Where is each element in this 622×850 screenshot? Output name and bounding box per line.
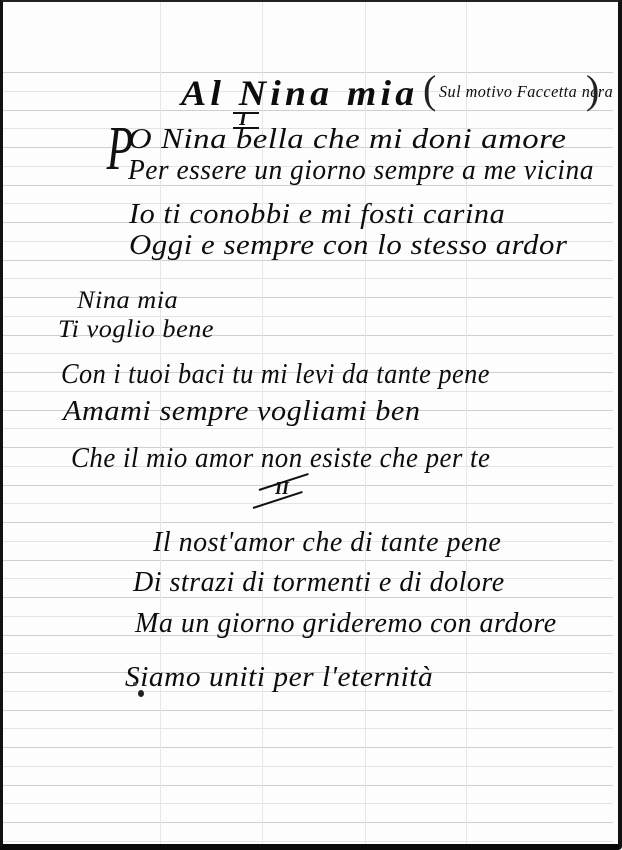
lyrics-sheet: Al Nina mia ( Sul motivo Faccetta nera )… [0, 0, 622, 850]
ruled-line-faint [3, 428, 613, 429]
ruled-line-faint [3, 503, 613, 504]
chorus-line: Nina mia [77, 287, 178, 315]
ruled-line-faint [3, 841, 613, 842]
verse-1-line: O Nina bella che mi doni amore [128, 124, 567, 156]
ruled-line [3, 522, 613, 523]
close-parenthesis: ) [586, 66, 600, 113]
song-title: Al Nina mia [181, 72, 418, 114]
verse-1-line: Per essere un giorno sempre a me vicina [128, 155, 594, 187]
ruled-line [3, 560, 613, 561]
ink-blot [133, 682, 137, 686]
chorus-line: Amami sempre vogliami ben [63, 396, 421, 428]
ruled-line [3, 822, 613, 823]
ruled-line-faint [3, 766, 613, 767]
ruled-line [3, 710, 613, 711]
verse-2-line: Siamo uniti per l'eternità [125, 662, 433, 694]
ruled-line [3, 485, 613, 486]
ruled-line-faint [3, 278, 613, 279]
ruled-line-faint [3, 391, 613, 392]
ruled-line-faint [3, 353, 613, 354]
ruled-line-faint [3, 653, 613, 654]
ink-blot [138, 690, 144, 697]
ruled-line [3, 785, 613, 786]
verse-2-line: Il nost'amor che di tante pene [153, 527, 501, 559]
numeral-overline [233, 112, 259, 114]
chorus-line: Con i tuoi baci tu mi levi da tante pene [61, 359, 490, 391]
verse-2-line: Ma un giorno grideremo con ardore [135, 608, 557, 640]
verse-2-line: Di strazi di tormenti e di dolore [133, 567, 505, 599]
ruled-line-faint [3, 728, 613, 729]
chorus-line: Ti voglio bene [58, 316, 214, 344]
ruled-line [3, 747, 613, 748]
chorus-line: Che il mio amor non esiste che per te [71, 443, 490, 475]
verse-1-line: Io ti conobbi e mi fosti carina [129, 199, 505, 231]
open-parenthesis: ( [423, 66, 437, 113]
ruled-line-faint [3, 803, 613, 804]
verse-1-line: Oggi e sempre con lo stesso ardor [129, 230, 567, 262]
